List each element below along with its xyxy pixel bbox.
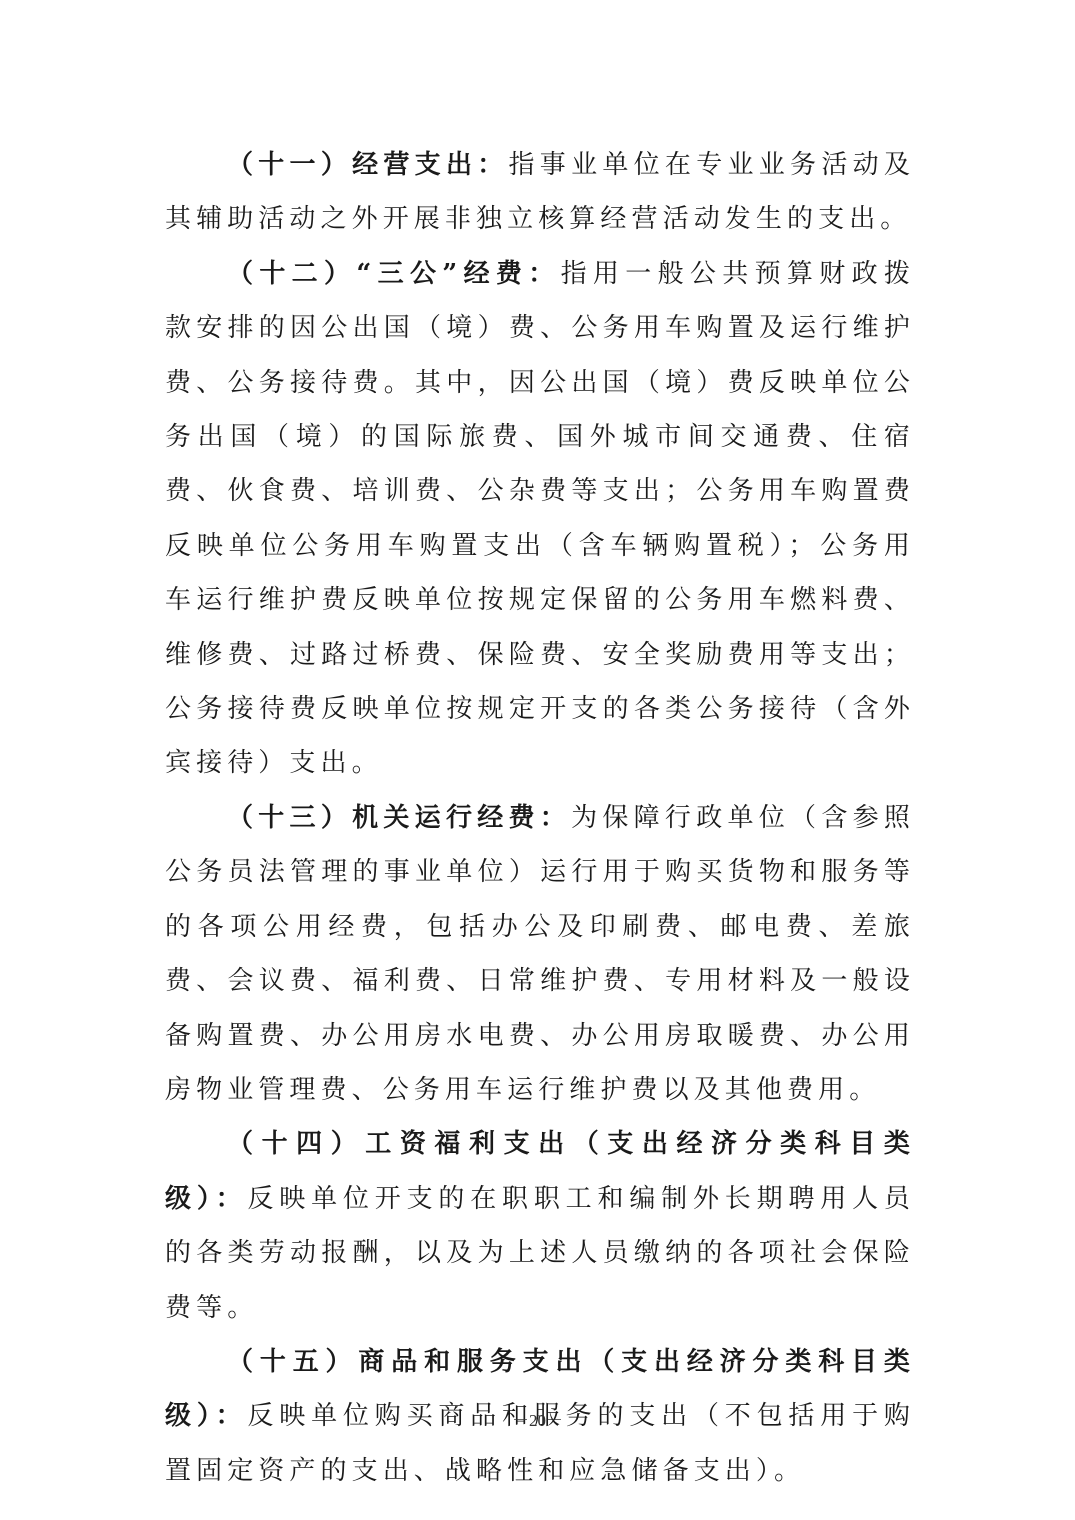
page-number: －20－	[0, 1406, 1075, 1431]
paragraph-12: （十二）“三公”经费：指用一般公共预算财政拨款安排的因公出国（境）费、公务用车购…	[165, 247, 915, 791]
paragraph-heading: （十三）机关运行经费：	[227, 803, 571, 833]
paragraph-11: （十一）经营支出：指事业单位在专业业务活动及其辅助活动之外开展非独立核算经营活动…	[165, 138, 915, 247]
paragraph-heading: （十二）“三公”经费：	[227, 259, 561, 289]
paragraph-body: 为保障行政单位（含参照公务员法管理的事业单位）运行用于购买货物和服务等的各项公用…	[165, 803, 915, 1105]
paragraph-heading: （十一）经营支出：	[227, 150, 509, 180]
paragraph-body: 反映单位开支的在职职工和编制外长期聘用人员的各类劳动报酬，以及为上述人员缴纳的各…	[165, 1184, 915, 1323]
paragraph-body: 指用一般公共预算财政拨款安排的因公出国（境）费、公务用车购置及运行维护费、公务接…	[165, 259, 915, 779]
document-page: （十一）经营支出：指事业单位在专业业务活动及其辅助活动之外开展非独立核算经营活动…	[165, 138, 915, 1498]
paragraph-14: （十四）工资福利支出（支出经济分类科目类级）：反映单位开支的在职职工和编制外长期…	[165, 1117, 915, 1335]
paragraph-13: （十三）机关运行经费：为保障行政单位（含参照公务员法管理的事业单位）运行用于购买…	[165, 791, 915, 1117]
